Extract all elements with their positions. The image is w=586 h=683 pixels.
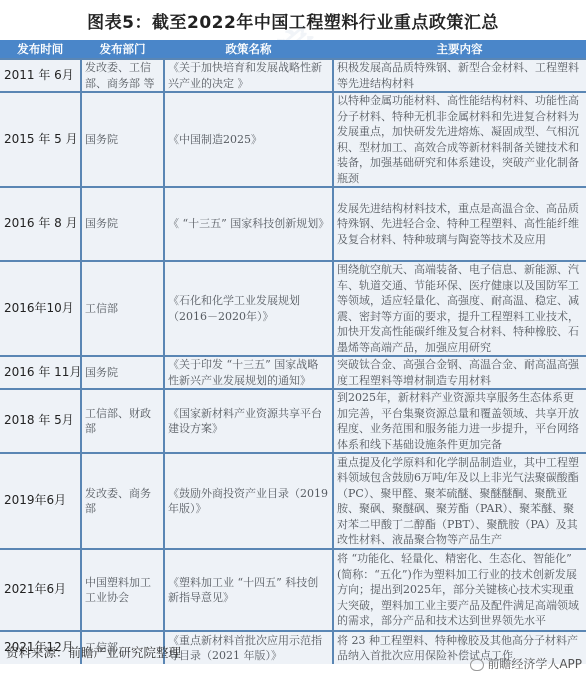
cell-department: 发改委、工信部、商务部 等 (81, 59, 164, 92)
cell-date: 2019年6月 (0, 453, 81, 549)
cell-department: 国务院 (81, 356, 164, 389)
app-watermark: 前瞻经济学人APP (470, 655, 582, 672)
cell-policy-name: 《中国制造2025》 (164, 92, 333, 187)
cell-department: 中国塑料加工工业协会 (81, 549, 164, 631)
cell-date: 2021年6月 (0, 549, 81, 631)
cell-main-content: 重点提及化学原料和化学制品制造业，其中工程塑料领域包含鼓励6万吨/年及以上非光气… (333, 453, 586, 549)
table-row: 2011 年 6月 发改委、工信部、商务部 等 《关于加快培育和发展战略性新兴产… (0, 59, 586, 92)
cell-policy-name: 《鼓励外商投资产业目录（2019年版）》 (164, 453, 333, 549)
app-watermark-text: 前瞻经济学人APP (487, 657, 582, 671)
header-main-content: 主要内容 (333, 40, 586, 59)
cell-policy-name: 《重点新材料首批次应用示范指导目录（2021 年版）》 (164, 631, 333, 664)
source-note: 资料来源：前瞻产业研究院整理 (6, 643, 181, 661)
cell-main-content: 将 “功能化、轻量化、精密化、生态化、智能化” (简称：“五化”)作为塑料加工行… (333, 549, 586, 631)
wechat-icon (470, 659, 484, 671)
table-row: 2016 年 11月 国务院 《关于印发 “十三五” 国家战略性新兴产业发展规划… (0, 356, 586, 389)
cell-department: 发改委、商务部 (81, 453, 164, 549)
cell-policy-name: 《关于印发 “十三五” 国家战略性新兴产业发展规划的通知》 (164, 356, 333, 389)
cell-main-content: 围绕航空航天、高端装备、电子信息、新能源、汽车、轨道交通、节能环保、医疗健康以及… (333, 261, 586, 356)
cell-policy-name: 《塑料加工业 “十四五” 科技创新指导意见》 (164, 549, 333, 631)
cell-main-content: 以特种金属功能材料、高性能结构材料、功能性高分子材料、特种无机非金属材料和先进复… (333, 92, 586, 187)
cell-policy-name: 《国家新材料产业资源共享平台建设方案》 (164, 389, 333, 453)
header-policy-name: 政策名称 (164, 40, 333, 59)
cell-date: 2018 年 5月 (0, 389, 81, 453)
table-row: 2016 年 8 月 国务院 《 “十三五” 国家科技创新规划》 发展先进结构材… (0, 187, 586, 261)
table-row: 2016年10月 工信部 《石化和化学工业发展规划（2016－2020年）》 围… (0, 261, 586, 356)
cell-date: 2016 年 11月 (0, 356, 81, 389)
policy-table: 发布时间 发布部门 政策名称 主要内容 2011 年 6月 发改委、工信部、商务… (0, 40, 586, 664)
cell-department: 国务院 (81, 187, 164, 261)
cell-main-content: 突破钛合金、高强合金钢、高温合金、耐高温高强度工程塑料等增材制造专用材料 (333, 356, 586, 389)
table-row: 2021年6月 中国塑料加工工业协会 《塑料加工业 “十四五” 科技创新指导意见… (0, 549, 586, 631)
cell-policy-name: 《关于加快培育和发展战略性新兴产业的决定 》 (164, 59, 333, 92)
cell-main-content: 到2025年，新材料产业资源共享服务生态体系更加完善，平台集聚资源总量和覆盖领域… (333, 389, 586, 453)
header-date: 发布时间 (0, 40, 81, 59)
table-row: 2019年6月 发改委、商务部 《鼓励外商投资产业目录（2019年版）》 重点提… (0, 453, 586, 549)
figure-title: 图表5：截至2022年中国工程塑料行业重点政策汇总 (0, 8, 586, 33)
cell-date: 2016年10月 (0, 261, 81, 356)
cell-date: 2015 年 5 月 (0, 92, 81, 187)
cell-policy-name: 《 “十三五” 国家科技创新规划》 (164, 187, 333, 261)
table-row: 2015 年 5 月 国务院 《中国制造2025》 以特种金属功能材料、高性能结… (0, 92, 586, 187)
cell-department: 工信部 (81, 261, 164, 356)
cell-date: 2011 年 6月 (0, 59, 81, 92)
table-row: 2018 年 5月 工信部、财政部 《国家新材料产业资源共享平台建设方案》 到2… (0, 389, 586, 453)
cell-policy-name: 《石化和化学工业发展规划（2016－2020年）》 (164, 261, 333, 356)
table-header-row: 发布时间 发布部门 政策名称 主要内容 (0, 40, 586, 59)
cell-department: 工信部、财政部 (81, 389, 164, 453)
cell-date: 2016 年 8 月 (0, 187, 81, 261)
cell-main-content: 发展先进结构材料技术，重点是高温合金、高品质特殊钢、先进轻合金、特种工程塑料、高… (333, 187, 586, 261)
cell-department: 国务院 (81, 92, 164, 187)
header-department: 发布部门 (81, 40, 164, 59)
cell-main-content: 积极发展高品质特殊钢、新型合金材料、工程塑料等先进结构材料 (333, 59, 586, 92)
